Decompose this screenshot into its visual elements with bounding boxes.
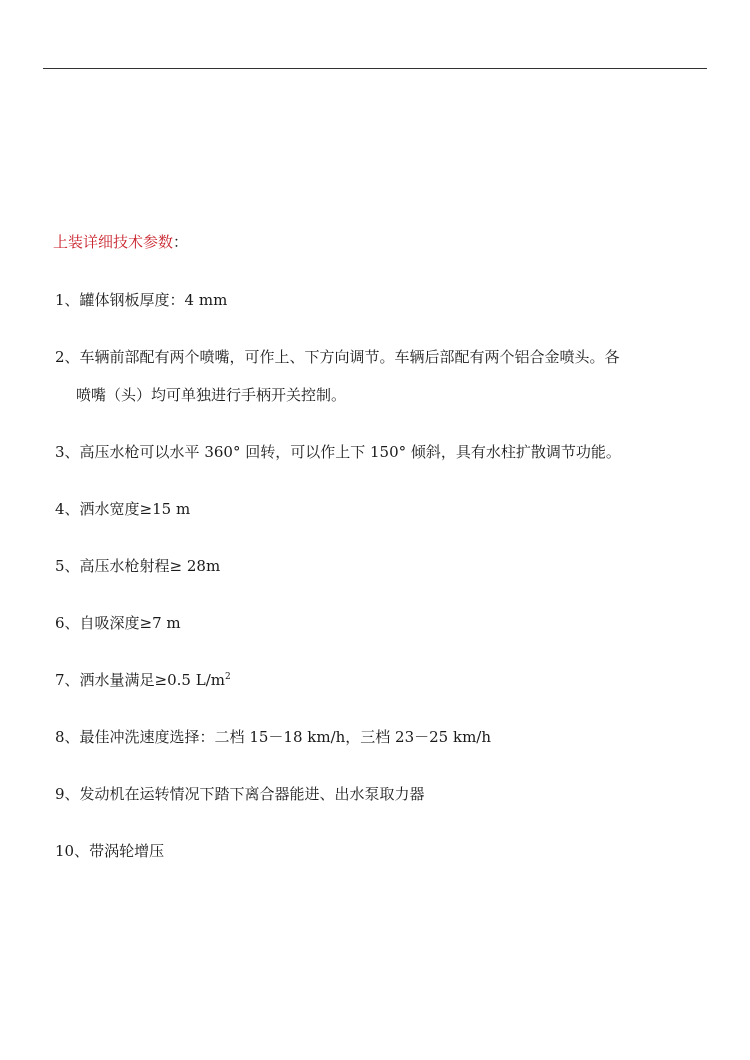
spec-item-6: 6、自吸深度≥7 m xyxy=(55,613,181,633)
spec-item-9: 9、发动机在运转情况下踏下离合器能进、出水泵取力器 xyxy=(55,784,425,804)
item-text-continuation: 喷嘴（头）均可单独进行手柄开关控制。 xyxy=(76,386,346,404)
item-text: 带涡轮增压 xyxy=(89,842,164,860)
document-page: 上装详细技术参数： 1、罐体钢板厚度：4 mm 2、车辆前部配有两个喷嘴，可作上… xyxy=(0,0,750,1060)
item-number: 4、 xyxy=(55,500,80,518)
item-text: 洒水量满足≥0.5 L/m xyxy=(80,671,225,689)
item-text: 自吸深度≥7 m xyxy=(80,614,181,632)
item-number: 10、 xyxy=(55,842,89,860)
spec-item-5: 5、高压水枪射程≥ 28m xyxy=(55,556,220,576)
spec-item-7: 7、洒水量满足≥0.5 L/m2 xyxy=(55,670,231,690)
spec-item-3: 3、高压水枪可以水平 360° 回转，可以作上下 150° 倾斜，具有水柱扩散调… xyxy=(55,442,621,462)
item-number: 1、 xyxy=(55,291,80,309)
item-text: 最佳冲洗速度选择：二档 15－18 km/h，三档 23－25 km/h xyxy=(80,728,491,746)
item-number: 9、 xyxy=(55,785,80,803)
spec-item-4: 4、洒水宽度≥15 m xyxy=(55,499,190,519)
section-title: 上装详细技术参数： xyxy=(53,232,188,252)
item-text: 洒水宽度≥15 m xyxy=(80,500,191,518)
spec-item-8: 8、最佳冲洗速度选择：二档 15－18 km/h，三档 23－25 km/h xyxy=(55,727,491,747)
spec-item-10: 10、带涡轮增压 xyxy=(55,841,164,861)
item-number: 5、 xyxy=(55,557,80,575)
item-number: 3、 xyxy=(55,443,80,461)
item-text: 发动机在运转情况下踏下离合器能进、出水泵取力器 xyxy=(80,785,425,803)
item-number: 2、 xyxy=(55,348,80,366)
item-text: 车辆前部配有两个喷嘴，可作上、下方向调节。车辆后部配有两个铝合金喷头。各 xyxy=(80,348,620,366)
header-rule xyxy=(43,68,707,69)
spec-item-2-continuation: 喷嘴（头）均可单独进行手柄开关控制。 xyxy=(76,385,346,405)
item-number: 8、 xyxy=(55,728,80,746)
item-number: 6、 xyxy=(55,614,80,632)
spec-item-1: 1、罐体钢板厚度：4 mm xyxy=(55,290,227,310)
section-title-text: 上装详细技术参数 xyxy=(53,233,173,251)
item-text: 罐体钢板厚度：4 mm xyxy=(80,291,228,309)
item-number: 7、 xyxy=(55,671,80,689)
item-text: 高压水枪射程≥ 28m xyxy=(80,557,221,575)
spec-item-2: 2、车辆前部配有两个喷嘴，可作上、下方向调节。车辆后部配有两个铝合金喷头。各 xyxy=(55,347,620,367)
section-title-colon: ： xyxy=(173,233,188,251)
item-text: 高压水枪可以水平 360° 回转，可以作上下 150° 倾斜，具有水柱扩散调节功… xyxy=(80,443,621,461)
superscript: 2 xyxy=(225,672,231,682)
